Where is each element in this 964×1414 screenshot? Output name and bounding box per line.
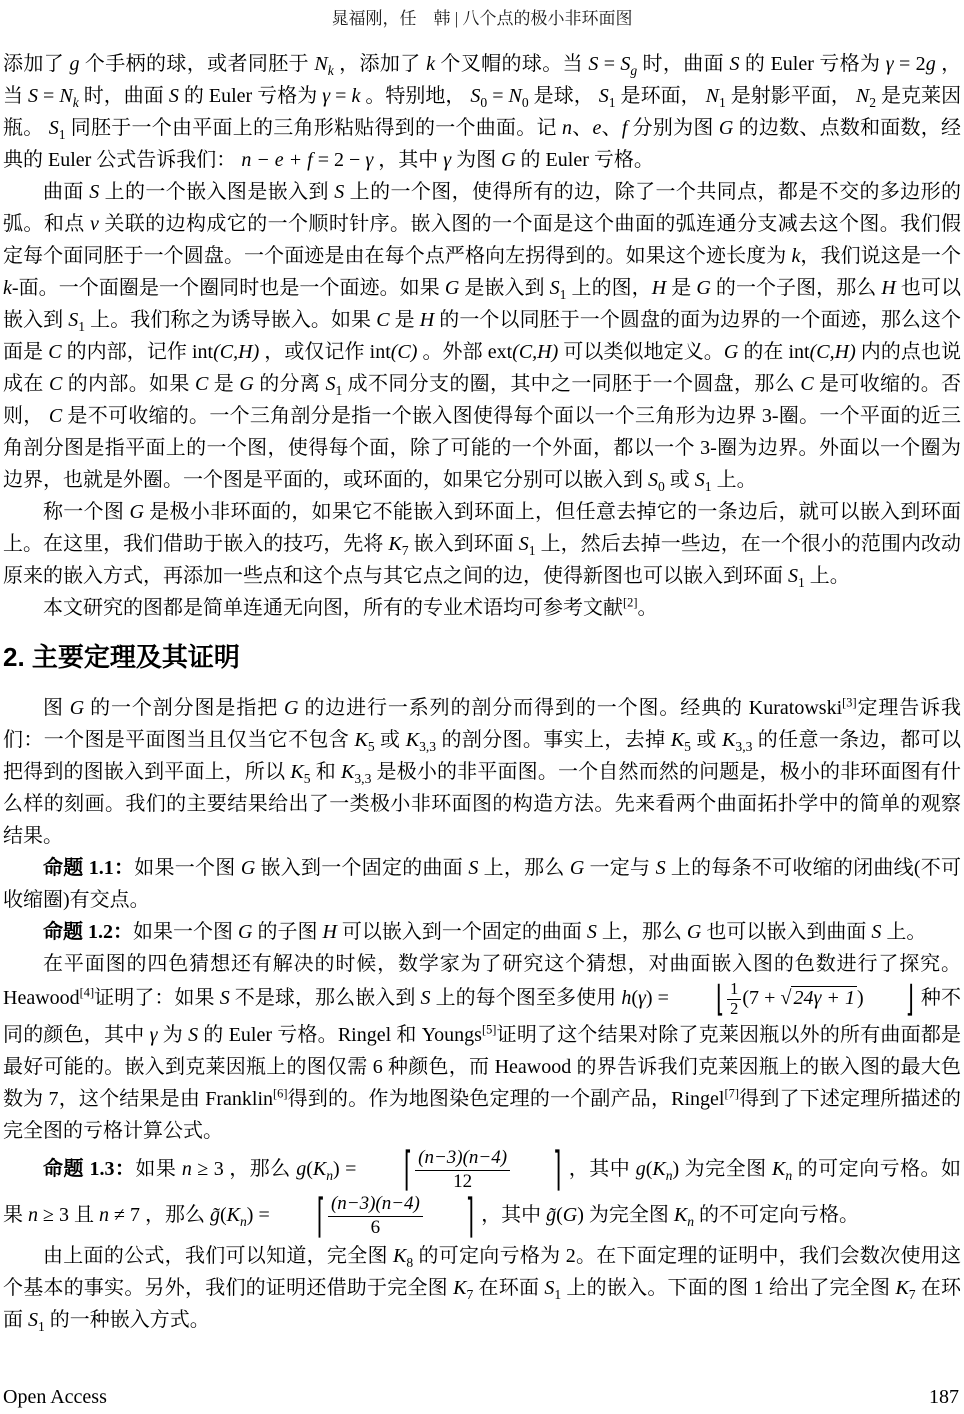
section-heading: 2. 主要定理及其证明 bbox=[3, 642, 961, 672]
text-run: = bbox=[598, 53, 620, 75]
text-run: C bbox=[800, 373, 813, 395]
text-run: 和 bbox=[311, 761, 341, 783]
citation-ref: [6] bbox=[273, 1086, 287, 1100]
math-variable: Kn bbox=[227, 1204, 247, 1226]
text-run: = 2 − bbox=[313, 149, 366, 171]
math-variable: Kn bbox=[652, 1158, 672, 1180]
text-run: 个手柄的球，或者同胚于 bbox=[80, 53, 315, 75]
text-run: 上的嵌入。下面的图 1 给出了完全图 bbox=[561, 1277, 895, 1299]
text-run: C bbox=[195, 373, 208, 395]
text-run: ，添加了 bbox=[334, 53, 426, 75]
text-run: G bbox=[719, 117, 733, 139]
text-run: 为 bbox=[158, 1024, 189, 1046]
open-access-label: Open Access bbox=[3, 1384, 107, 1410]
paragraph: 本文研究的图都是简单连通无向图，所有的专业术语均可参考文献[2]。 bbox=[3, 592, 961, 624]
math-variable: S1 bbox=[326, 373, 343, 395]
text-run: ，或仅记作 int bbox=[259, 341, 391, 363]
math-variable: N1 bbox=[706, 85, 726, 107]
text-run: h bbox=[621, 987, 631, 1009]
math-variable: K7 bbox=[895, 1277, 915, 1299]
text-run: S bbox=[169, 85, 179, 107]
paragraph: 命题 1.2：如果一个图 G 的子图 H 可以嵌入到一个固定的曲面 S 上，那么… bbox=[3, 916, 961, 948]
radical: √24γ + 1 bbox=[780, 986, 857, 1009]
text-run: γ bbox=[443, 149, 451, 171]
text-run: 曲面 bbox=[43, 181, 89, 203]
text-run: 为图 bbox=[451, 149, 501, 171]
text-run: ≠ 7 ，那么 bbox=[109, 1204, 210, 1226]
text-run: g̃ bbox=[546, 1204, 556, 1226]
text-run: H bbox=[652, 277, 666, 299]
proposition-label: 命题 1.2： bbox=[43, 921, 133, 943]
text-run: 上。 bbox=[712, 469, 757, 491]
text-run: 的 Euler 亏格为 bbox=[739, 53, 885, 75]
text-run: 是 bbox=[208, 373, 239, 395]
math-variable: N0 bbox=[509, 85, 529, 107]
text-run: 、 bbox=[601, 117, 622, 139]
math-variable: S1 bbox=[695, 469, 712, 491]
text-run: 称一个图 bbox=[43, 501, 130, 523]
text-run: 是球， bbox=[529, 85, 599, 107]
text-run: G bbox=[238, 921, 252, 943]
math-variable: S1 bbox=[550, 277, 567, 299]
text-run: 上，那么 bbox=[478, 857, 570, 879]
math-variable: S1 bbox=[28, 1309, 45, 1331]
text-run: 的在 int bbox=[738, 341, 809, 363]
text-run: S bbox=[28, 85, 38, 107]
text-run: -面。一个面圈是一个圈同时也是一个面迹。如果 bbox=[12, 277, 445, 299]
math-bracket: ⌉ bbox=[513, 1134, 561, 1204]
text-run: γ bbox=[886, 53, 894, 75]
text-run: 嵌入到一个固定的曲面 bbox=[255, 857, 468, 879]
text-run: 或 bbox=[375, 729, 406, 751]
text-run: S bbox=[587, 921, 597, 943]
text-run: 的分离 bbox=[254, 373, 326, 395]
text-run: ) bbox=[857, 987, 864, 1009]
text-run: 是 bbox=[390, 309, 420, 331]
text-run: 上的每个图至多使用 bbox=[431, 987, 622, 1009]
text-run: G bbox=[130, 501, 144, 523]
citation-ref: [5] bbox=[482, 1022, 496, 1036]
proposition-label: 命题 1.1： bbox=[43, 857, 134, 879]
text-run: γ bbox=[322, 85, 330, 107]
text-run: G bbox=[563, 1204, 577, 1226]
text-run: S bbox=[729, 53, 739, 75]
text-run: 在环面 bbox=[473, 1277, 544, 1299]
text-run: S bbox=[421, 987, 431, 1009]
text-run: ) 为完全图 bbox=[673, 1158, 773, 1180]
text-run: 嵌入到环面 bbox=[409, 533, 519, 555]
text-run: (C,H) bbox=[810, 341, 856, 363]
text-run: (C) bbox=[391, 341, 418, 363]
text-run: 是不可收缩的。一个三角剖分是指一个嵌入图使得每个面以一个三角形为边界 3-圈。一… bbox=[3, 405, 961, 491]
paragraph: 命题 1.1：如果一个图 G 嵌入到一个固定的曲面 S 上，那么 G 一定与 S… bbox=[3, 852, 961, 916]
text-run: 上。 bbox=[881, 921, 926, 943]
text-run: g bbox=[926, 53, 936, 75]
text-run: H bbox=[881, 277, 895, 299]
citation-ref: [7] bbox=[725, 1086, 739, 1100]
text-run: γ bbox=[638, 987, 646, 1009]
text-run: = bbox=[38, 85, 59, 107]
text-run: G bbox=[687, 921, 701, 943]
text-run: 时，曲面 bbox=[637, 53, 729, 75]
text-run: 的不可定向亏格。 bbox=[694, 1204, 859, 1226]
text-run: v bbox=[90, 213, 99, 235]
text-run: n − e + f bbox=[241, 149, 312, 171]
math-variable: Kn bbox=[674, 1204, 694, 1226]
document-body: 添加了 g 个手柄的球，或者同胚于 Nk ，添加了 k 个叉帽的球。当 S = … bbox=[3, 48, 961, 1336]
text-run: 如果一个图 bbox=[134, 857, 241, 879]
text-run: g bbox=[70, 53, 80, 75]
text-run: 是 bbox=[666, 277, 696, 299]
text-run: 也可以嵌入到曲面 bbox=[701, 921, 871, 943]
text-run: (C,H) bbox=[512, 341, 558, 363]
text-run: = bbox=[330, 85, 351, 107]
text-run: 的剖分图。事实上，去掉 bbox=[436, 729, 671, 751]
text-run: G bbox=[570, 857, 584, 879]
text-run: ) 为完全图 bbox=[577, 1204, 674, 1226]
citation-ref: [2] bbox=[623, 595, 637, 609]
text-run: ≥ 3 ，那么 bbox=[192, 1158, 296, 1180]
paragraph: 称一个图 G 是极小非环面的，如果它不能嵌入到环面上，但任意去掉它的一条边后，就… bbox=[3, 496, 961, 592]
math-variable: K5 bbox=[290, 761, 310, 783]
text-run: S bbox=[468, 857, 478, 879]
text-run: S bbox=[89, 181, 99, 203]
text-run: ，其中 bbox=[373, 149, 443, 171]
text-run: 如果一个图 bbox=[133, 921, 238, 943]
citation-ref: [4] bbox=[80, 985, 94, 999]
text-run: C bbox=[49, 405, 62, 427]
text-run: 可以类似地定义。 bbox=[558, 341, 724, 363]
math-variable: S1 bbox=[68, 309, 85, 331]
math-variable: K5 bbox=[671, 729, 691, 751]
paragraph: 由上面的公式，我们可以知道，完全图 K8 的可定向亏格为 2。在下面定理的证明中… bbox=[3, 1240, 961, 1336]
text-run: g bbox=[636, 1158, 646, 1180]
text-run: 如果 bbox=[135, 1158, 181, 1180]
math-bracket: ⌈ bbox=[277, 1181, 325, 1251]
text-run: γ bbox=[150, 1024, 158, 1046]
text-run: 是射影平面， bbox=[726, 85, 856, 107]
text-run: ( bbox=[556, 1204, 563, 1226]
text-run: g̃ bbox=[210, 1204, 220, 1226]
text-run: (C,H) bbox=[213, 341, 259, 363]
math-variable: K5 bbox=[355, 729, 375, 751]
page-header: 晁福刚，任 韩 | 八个点的极小非环面图 bbox=[0, 0, 964, 30]
text-run: 的子图 bbox=[252, 921, 322, 943]
text-run: 或 bbox=[665, 469, 695, 491]
text-run: 的内部。如果 bbox=[62, 373, 195, 395]
text-run: ，其中 bbox=[563, 1158, 635, 1180]
text-run: ，我们说这是一个 bbox=[800, 245, 961, 267]
text-run: S bbox=[588, 53, 598, 75]
text-run: H bbox=[420, 309, 434, 331]
text-run: 添加了 bbox=[3, 53, 70, 75]
math-variable: K8 bbox=[393, 1245, 413, 1267]
text-run: n bbox=[99, 1204, 109, 1226]
text-run: 的 Euler 亏格。Ringel 和 Youngs bbox=[198, 1024, 482, 1046]
math-bracket: ⌊ bbox=[676, 971, 724, 1025]
text-run: 。外部 ext bbox=[417, 341, 512, 363]
text-run: 。特别地， bbox=[360, 85, 470, 107]
text-run: ≥ 3 且 bbox=[38, 1204, 99, 1226]
text-run: G bbox=[501, 149, 515, 171]
paragraph: 命题 1.3：如果 n ≥ 3 ，那么 g(Kn) = ⌈(n−3)(n−4)1… bbox=[3, 1147, 961, 1240]
text-run: G bbox=[70, 697, 84, 719]
math-variable: Kn bbox=[772, 1158, 792, 1180]
text-run: H bbox=[322, 921, 336, 943]
math-variable: S1 bbox=[544, 1277, 561, 1299]
text-run: n bbox=[182, 1158, 192, 1180]
text-run: = 2 bbox=[894, 53, 926, 75]
text-run: S bbox=[871, 921, 881, 943]
text-run: 同胚于一个由平面上的三角形粘贴得到的一个曲面。记 bbox=[66, 117, 562, 139]
paragraph: 图 G 的一个剖分图是指把 G 的边进行一系列的剖分而得到的一个图。经典的 Ku… bbox=[3, 692, 961, 852]
text-run: 或 bbox=[691, 729, 722, 751]
paragraph: 曲面 S 上的一个嵌入图是嵌入到 S 上的一个图，使得所有的边，除了一个共同点，… bbox=[3, 176, 961, 496]
math-variable: Nk bbox=[59, 85, 78, 107]
text-run: G bbox=[241, 857, 255, 879]
math-variable: Sg bbox=[620, 53, 637, 75]
paragraph: 在平面图的四色猜想还有解决的时候，数学家为了研究这个猜想，对曲面嵌入图的色数进行… bbox=[3, 948, 961, 1147]
text-run: 的内部，记作 int bbox=[62, 341, 214, 363]
text-run: ) = bbox=[333, 1158, 362, 1180]
text-run: 一定与 bbox=[584, 857, 655, 879]
text-run: S bbox=[188, 1024, 198, 1046]
text-run: e bbox=[592, 117, 601, 139]
page-number: 187 bbox=[929, 1384, 959, 1410]
text-run: 是环面， bbox=[616, 85, 706, 107]
text-run: G bbox=[284, 697, 298, 719]
text-run: n bbox=[562, 117, 572, 139]
text-run: G bbox=[445, 277, 459, 299]
text-run: n bbox=[28, 1204, 38, 1226]
text-run: C bbox=[49, 373, 62, 395]
math-variable: S1 bbox=[788, 565, 805, 587]
text-run: k bbox=[791, 245, 800, 267]
text-run: 。 bbox=[637, 597, 657, 619]
math-variable: N2 bbox=[856, 85, 876, 107]
text-run: ) = bbox=[247, 1204, 275, 1226]
text-run: 成不同分支的圈，其中之一同胚于一个圆盘，那么 bbox=[342, 373, 800, 395]
text-run: 上。我们称之为诱导嵌入。如果 bbox=[85, 309, 376, 331]
text-run: ，其中 bbox=[476, 1204, 546, 1226]
math-variable: S1 bbox=[49, 117, 66, 139]
text-run: 上的一个嵌入图是嵌入到 bbox=[99, 181, 334, 203]
text-run: 上的图， bbox=[566, 277, 651, 299]
text-run: 的一种嵌入方式。 bbox=[45, 1309, 210, 1331]
text-run: 的 Euler 亏格。 bbox=[516, 149, 654, 171]
math-variable: Nk bbox=[314, 53, 333, 75]
math-bracket: ⌋ bbox=[866, 971, 914, 1025]
text-run: 上。 bbox=[805, 565, 850, 587]
math-variable: K3,3 bbox=[722, 729, 752, 751]
text-run: ( bbox=[306, 1158, 313, 1180]
math-variable: S0 bbox=[648, 469, 665, 491]
text-run: ( bbox=[220, 1204, 227, 1226]
math-bracket: ⌉ bbox=[426, 1181, 474, 1251]
text-run: G bbox=[724, 341, 738, 363]
text-run: 是嵌入到 bbox=[459, 277, 549, 299]
text-run: k bbox=[426, 53, 435, 75]
proposition-label: 命题 1.3： bbox=[43, 1158, 135, 1180]
text-run: C bbox=[48, 341, 61, 363]
text-run: C bbox=[376, 309, 389, 331]
text-run: 证明了：如果 bbox=[94, 987, 220, 1009]
math-variable: K7 bbox=[453, 1277, 473, 1299]
text-run: 的一个剖分图是指把 bbox=[84, 697, 284, 719]
math-variable: S0 bbox=[470, 85, 487, 107]
text-run: G bbox=[239, 373, 253, 395]
math-variable: S1 bbox=[519, 533, 536, 555]
page-footer: Open Access 187 bbox=[3, 1384, 959, 1410]
text-run: g bbox=[296, 1158, 306, 1180]
citation-ref: [3] bbox=[842, 695, 856, 709]
text-run: 不是球，那么嵌入到 bbox=[230, 987, 421, 1009]
text-run: S bbox=[220, 987, 230, 1009]
text-run: 可以嵌入到一个固定的曲面 bbox=[337, 921, 587, 943]
text-run: 分别为图 bbox=[627, 117, 718, 139]
text-run: 得到的。作为地图染色定理的一个副产品，Ringel bbox=[287, 1088, 724, 1110]
text-run: 本文研究的图都是简单连通无向图，所有的专业术语均可参考文献 bbox=[43, 597, 623, 619]
text-run: 时，曲面 bbox=[79, 85, 169, 107]
math-variable: S1 bbox=[599, 85, 616, 107]
text-run: 由上面的公式，我们可以知道，完全图 bbox=[43, 1245, 393, 1267]
text-run: S bbox=[656, 857, 666, 879]
text-run: 的 Euler 亏格为 bbox=[179, 85, 322, 107]
text-run: k bbox=[351, 85, 360, 107]
math-variable: K3,3 bbox=[341, 761, 371, 783]
text-run: 的一个子图，那么 bbox=[711, 277, 882, 299]
text-run: 个叉帽的球。当 bbox=[435, 53, 588, 75]
text-run: 上，那么 bbox=[597, 921, 687, 943]
fraction: 12 bbox=[727, 980, 741, 1019]
math-variable: K3,3 bbox=[406, 729, 436, 751]
paragraph: 添加了 g 个手柄的球，或者同胚于 Nk ，添加了 k 个叉帽的球。当 S = … bbox=[3, 48, 961, 176]
text-run: k bbox=[3, 277, 12, 299]
math-variable: K7 bbox=[388, 533, 408, 555]
text-run: ) = bbox=[646, 987, 674, 1009]
text-run: G bbox=[696, 277, 710, 299]
text-run: 、 bbox=[572, 117, 593, 139]
text-run: = bbox=[487, 85, 508, 107]
text-run: ( bbox=[631, 987, 638, 1009]
text-run: 的边进行一系列的剖分而得到的一个图。经典的 Kuratowski bbox=[298, 697, 842, 719]
text-run: S bbox=[334, 181, 344, 203]
text-run: 图 bbox=[43, 697, 70, 719]
text-run: (7 + bbox=[742, 987, 780, 1009]
math-variable: Kn bbox=[313, 1158, 333, 1180]
math-bracket: ⌈ bbox=[364, 1134, 412, 1204]
